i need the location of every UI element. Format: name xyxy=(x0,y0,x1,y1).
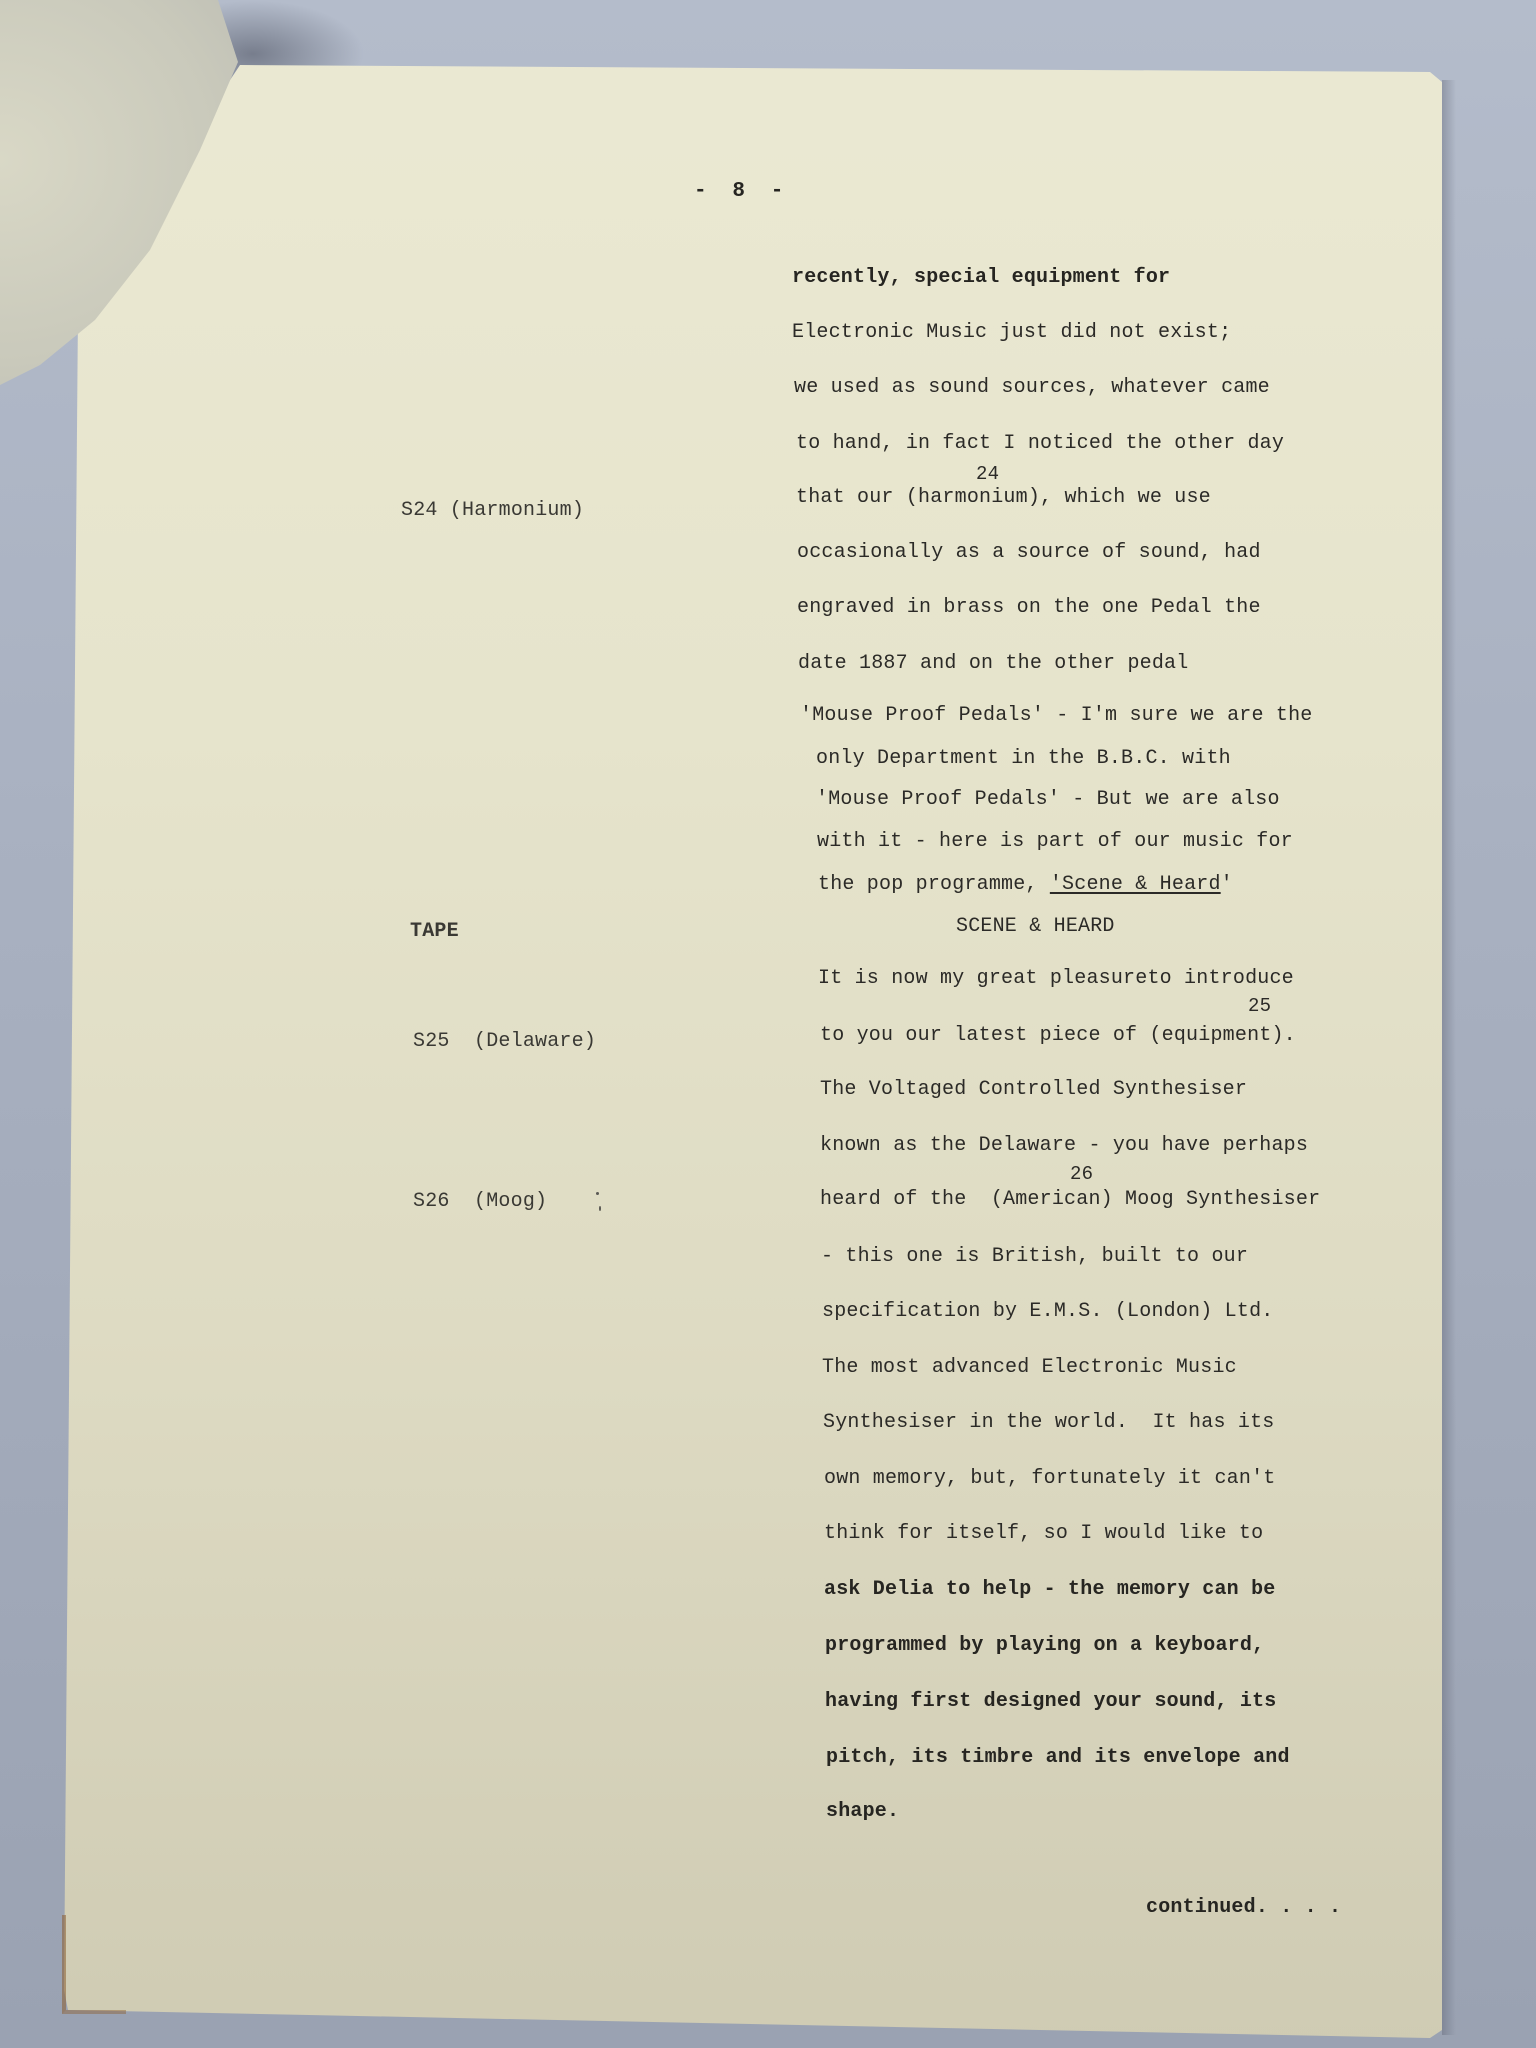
page-number: - 8 - xyxy=(694,182,784,202)
continued-footer: continued. . . . xyxy=(1146,1898,1341,1918)
body-line-20: specification by E.M.S. (London) Ltd. xyxy=(822,1302,1273,1322)
body-line-21: The most advanced Electronic Music xyxy=(822,1358,1237,1378)
body-line-22: Synthesiser in the world. It has its xyxy=(823,1413,1274,1433)
body-line-3: we used as sound sources, whatever came xyxy=(794,378,1270,398)
body-line-16: The Voltaged Controlled Synthesiser xyxy=(820,1080,1247,1100)
body-line-15: to you our latest piece of (equipment). xyxy=(820,1026,1296,1046)
body-line-28: pitch, its timbre and its envelope and xyxy=(826,1748,1290,1768)
cue-s25-delaware: S25 (Delaware) xyxy=(413,1032,596,1052)
stray-ink-mark xyxy=(596,1192,599,1195)
cue-tape: TAPE xyxy=(410,922,459,942)
body-line-27: having first designed your sound, its xyxy=(825,1692,1276,1712)
body-line-13-text: the pop programme, xyxy=(818,873,1050,896)
body-line-24: think for itself, so I would like to xyxy=(824,1524,1263,1544)
section-heading: SCENE & HEARD xyxy=(956,917,1115,937)
body-line-14: It is now my great pleasureto introduce xyxy=(818,969,1294,989)
cue-s26-moog: S26 (Moog) xyxy=(413,1192,547,1212)
body-line-26: programmed by playing on a keyboard, xyxy=(825,1636,1264,1656)
body-line-11: 'Mouse Proof Pedals' - But we are also xyxy=(816,790,1280,810)
body-line-12: with it - here is part of our music for xyxy=(817,832,1293,852)
superscript-26: 26 xyxy=(1070,1164,1093,1184)
programme-title-underlined: 'Scene & Heard xyxy=(1050,873,1221,896)
superscript-25: 25 xyxy=(1248,996,1271,1016)
body-line-9: 'Mouse Proof Pedals' - I'm sure we are t… xyxy=(800,706,1312,726)
body-line-4: to hand, in fact I noticed the other day xyxy=(796,434,1284,454)
body-line-2: Electronic Music just did not exist; xyxy=(792,323,1231,343)
body-line-7: engraved in brass on the one Pedal the xyxy=(797,598,1261,618)
programme-title-close-quote: ' xyxy=(1221,873,1233,896)
body-line-19: - this one is British, built to our xyxy=(821,1247,1248,1267)
body-line-1: recently, special equipment for xyxy=(792,268,1170,288)
body-line-25: ask Delia to help - the memory can be xyxy=(824,1580,1275,1600)
body-line-5: that our (harmonium), which we use xyxy=(796,488,1211,508)
page-edge-shadow xyxy=(1442,80,1456,2035)
stray-ink-mark xyxy=(599,1206,601,1211)
cue-s24-harmonium: S24 (Harmonium) xyxy=(401,501,584,521)
body-line-23: own memory, but, fortunately it can't xyxy=(824,1469,1275,1489)
body-line-10: only Department in the B.B.C. with xyxy=(816,749,1231,769)
corner-stain xyxy=(62,1915,126,2014)
body-line-18: heard of the (American) Moog Synthesiser xyxy=(820,1190,1320,1210)
body-line-13: the pop programme, 'Scene & Heard' xyxy=(818,875,1233,895)
body-line-17: known as the Delaware - you have perhaps xyxy=(820,1136,1308,1156)
body-line-6: occasionally as a source of sound, had xyxy=(797,543,1261,563)
body-line-29: shape. xyxy=(826,1802,899,1822)
typed-page xyxy=(0,0,1536,2048)
body-line-8: date 1887 and on the other pedal xyxy=(798,654,1188,674)
superscript-24: 24 xyxy=(976,464,999,484)
